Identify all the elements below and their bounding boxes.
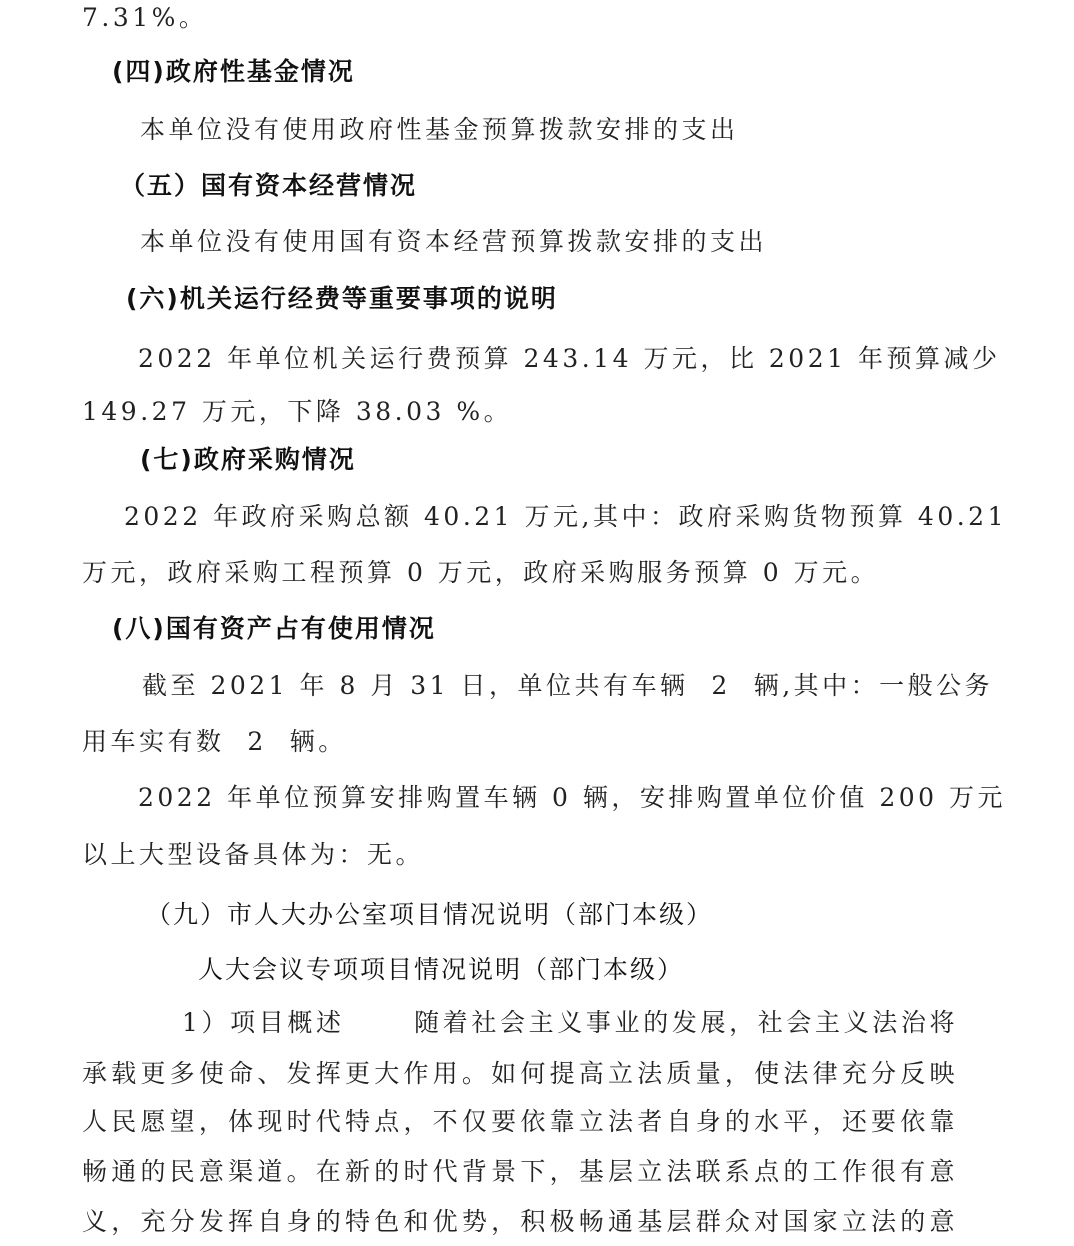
paragraph-state-assets-1: 截至 2021 年 8 月 31 日，单位共有车辆 2 辆,其中：一般公务	[82, 670, 958, 702]
paragraph-operating-expenses-2: 149.27 万元，下降 38.03 %。	[82, 396, 512, 428]
paragraph-state-assets-3: 2022 年单位预算安排购置车辆 0 辆，安排购置单位价值 200 万元	[82, 782, 958, 814]
paragraph-state-assets-4: 以上大型设备具体为：无。	[82, 839, 424, 871]
paragraph-procurement-2: 万元，政府采购工程预算 0 万元，政府采购服务预算 0 万元。	[82, 557, 879, 589]
paragraph-operating-expenses-1: 2022 年单位机关运行费预算 243.14 万元，比 2021 年预算减少	[82, 343, 958, 375]
section-heading-government-funds: (四)政府性基金情况	[112, 56, 355, 88]
section-heading-npc-office-projects: （九）市人大办公室项目情况说明（部门本级）	[146, 899, 713, 931]
paragraph-project-overview-1: 1）项目概述 随着社会主义事业的发展，社会主义法治将	[82, 1007, 958, 1039]
section-heading-operating-expenses: (六)机关运行经费等重要事项的说明	[126, 283, 558, 315]
section-heading-procurement: (七)政府采购情况	[140, 444, 356, 476]
section-heading-state-assets: (八)国有资产占有使用情况	[112, 613, 436, 645]
paragraph-project-overview-3: 人民愿望，体现时代特点，不仅要依靠立法者自身的水平，还要依靠	[82, 1106, 958, 1138]
section-heading-state-capital: （五）国有资本经营情况	[120, 170, 417, 202]
paragraph-project-overview-5: 义，充分发挥自身的特色和优势，积极畅通基层群众对国家立法的意	[82, 1206, 958, 1238]
paragraph-procurement-1: 2022 年政府采购总额 40.21 万元,其中：政府采购货物预算 40.21	[82, 501, 958, 533]
paragraph-state-assets-2: 用车实有数 2 辆。	[82, 726, 347, 758]
paragraph-government-funds: 本单位没有使用政府性基金预算拨款安排的支出	[140, 114, 739, 146]
paragraph-project-overview-2: 承载更多使命、发挥更大作用。如何提高立法质量，使法律充分反映	[82, 1058, 958, 1090]
paragraph-project-overview-4: 畅通的民意渠道。在新的时代背景下，基层立法联系点的工作很有意	[82, 1156, 958, 1188]
paragraph-state-capital: 本单位没有使用国有资本经营预算拨款安排的支出	[140, 226, 767, 258]
paragraph-continuation-percentage: 7.31%。	[82, 2, 207, 34]
subsection-heading-npc-meeting-project: 人大会议专项项目情况说明（部门本级）	[198, 954, 684, 986]
